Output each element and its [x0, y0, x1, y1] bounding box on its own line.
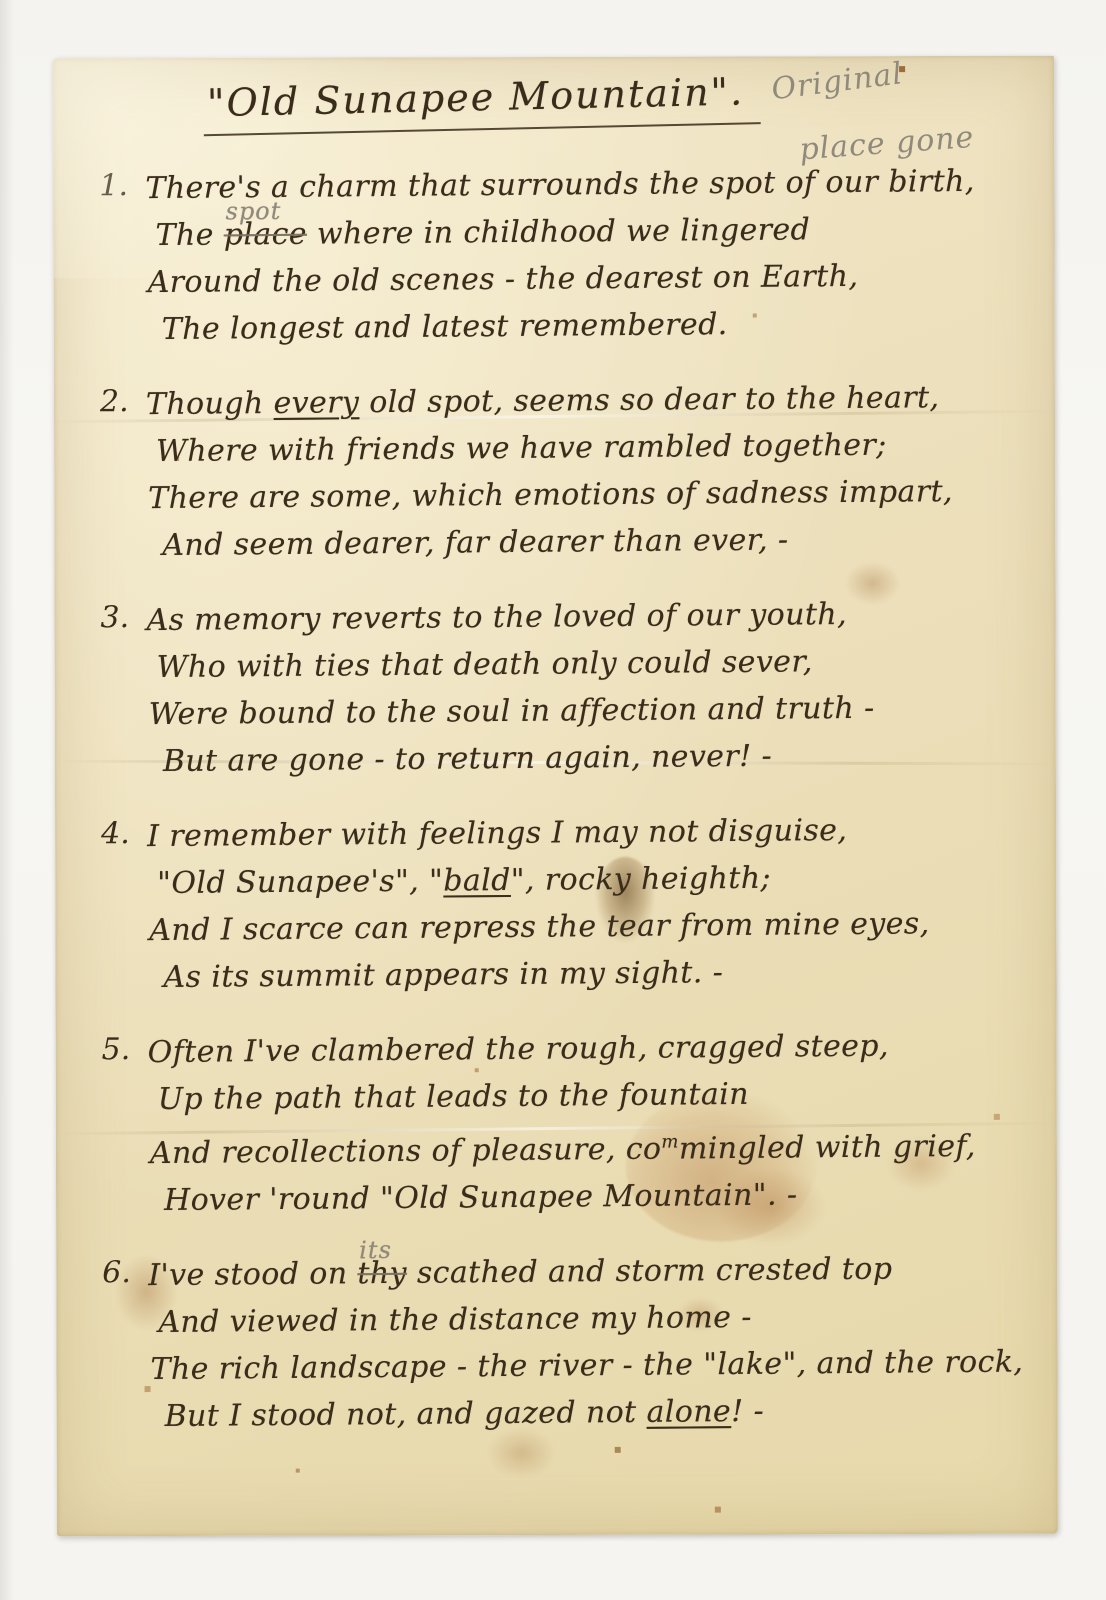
text-segment: scathed and storm crested top	[407, 1252, 893, 1291]
text-segment: where in childhood we lingered	[307, 212, 811, 251]
poem-line: Where with friends we have rambled toget…	[156, 420, 1029, 475]
text-segment: There are some, which emotions of sadnes…	[148, 474, 953, 516]
stanza-lines: There's a charm that surrounds the spot …	[145, 163, 1028, 353]
stanza-number: 2.	[100, 381, 146, 569]
poem-line: But I stood not, and gazed not alone! -	[164, 1385, 1031, 1440]
text-segment: As its summit appears in my sight. -	[163, 955, 723, 995]
stanza-lines: As memory reverts to the loved of our yo…	[146, 595, 1029, 785]
poem-line: Though every old spot, seems so dear to …	[146, 373, 1029, 428]
text-segment: every	[273, 385, 359, 421]
poem-line: There are some, which emotions of sadnes…	[148, 467, 1029, 522]
poem-line: Up the path that leads to the fountain	[158, 1068, 1031, 1123]
text-segment: The	[155, 217, 224, 253]
poem-line: Often I've clambered the rough, cragged …	[147, 1021, 1030, 1076]
stanza-number: 3.	[100, 597, 146, 785]
poem-line: And I scarce can repress the tear from m…	[149, 899, 1030, 954]
poem-line: Hover 'round "Old Sunapee Mountain". -	[164, 1169, 1031, 1224]
poem-line: Were bound to the soul in affection and …	[149, 683, 1030, 738]
poem-line: The longest and latest remembered.	[162, 298, 1029, 353]
stanza: 5.Often I've clambered the rough, cragge…	[102, 1027, 1032, 1224]
text-segment: mingled with grief,	[679, 1129, 976, 1167]
text-segment: Were bound to the soul in affection and …	[149, 691, 875, 732]
stanza-number: 6.	[102, 1252, 148, 1440]
poem-line: And seem dearer, far dearer than ever, -	[162, 514, 1029, 569]
text-segment: And viewed in the distance my home -	[158, 1300, 752, 1340]
stanza: 4.I remember with feelings I may not dis…	[101, 811, 1030, 1001]
text-segment: Who with ties that death only could seve…	[157, 644, 813, 685]
poem-line: I've stood on itsthy scathed and storm c…	[148, 1244, 1031, 1299]
stanza: 6.I've stood on itsthy scathed and storm…	[102, 1250, 1031, 1440]
text-segment: m	[661, 1131, 679, 1152]
text-segment: Around the old scenes - the dearest on E…	[148, 259, 859, 300]
text-segment: Where with friends we have rambled toget…	[156, 428, 887, 469]
stanza: 2.Though every old spot, seems so dear t…	[100, 379, 1029, 569]
poem-line: And recollections of pleasure, commingle…	[150, 1115, 1031, 1177]
stanza-number: 4.	[101, 813, 147, 1001]
stanza-lines: Often I've clambered the rough, cragged …	[148, 1027, 1032, 1224]
stanza-lines: I've stood on itsthy scathed and storm c…	[148, 1250, 1031, 1440]
text-segment: ! -	[731, 1394, 764, 1429]
title-row: "Old Sunapee Mountain".	[53, 56, 1054, 132]
text-segment: Up the path that leads to the fountain	[158, 1077, 749, 1117]
text-segment: bald	[443, 863, 511, 899]
pencil-correction: its	[359, 1227, 392, 1274]
text-segment: And seem dearer, far dearer than ever, -	[162, 523, 788, 563]
stanza: 1.There's a charm that surrounds the spo…	[99, 163, 1028, 353]
annotated-word: itsthy	[357, 1250, 407, 1297]
poem-line: "Old Sunapee's", "bald", rocky heighth;	[157, 852, 1030, 907]
poem-line: As memory reverts to the loved of our yo…	[146, 589, 1029, 644]
text-segment: ", rocky heighth;	[511, 861, 772, 898]
stanza-lines: Though every old spot, seems so dear to …	[146, 379, 1029, 569]
text-segment: The rich landscape - the river - the "la…	[150, 1344, 1023, 1387]
text-segment: Hover 'round "Old Sunapee Mountain". -	[164, 1177, 798, 1218]
text-segment: The longest and latest remembered.	[162, 307, 728, 347]
poem-line: The rich landscape - the river - the "la…	[150, 1338, 1031, 1393]
stanza-lines: I remember with feelings I may not disgu…	[147, 811, 1030, 1001]
text-segment: alone	[646, 1394, 731, 1430]
poem-line: I remember with feelings I may not disgu…	[147, 805, 1030, 860]
stanza-number: 5.	[102, 1029, 149, 1224]
poem-line: But are gone - to return again, never! -	[163, 730, 1030, 785]
text-segment: But I stood not, and gazed not	[164, 1395, 646, 1434]
poem-line: The spotplace where in childhood we ling…	[155, 204, 1028, 259]
text-segment: "Old Sunapee's", "	[157, 864, 443, 901]
text-segment: Though	[146, 386, 274, 422]
annotated-word: spotplace	[224, 211, 308, 259]
stanza-list: 1.There's a charm that surrounds the spo…	[53, 163, 1057, 1441]
poem-line: As its summit appears in my sight. -	[163, 946, 1030, 1001]
text-segment: As memory reverts to the loved of our yo…	[146, 597, 847, 638]
poem-title: "Old Sunapee Mountain".	[203, 69, 761, 136]
text-segment: And recollections of pleasure, co	[150, 1132, 662, 1171]
scanned-document: Original place gone "Old Sunapee Mountai…	[0, 0, 1106, 1600]
text-segment: And I scarce can repress the tear from m…	[149, 906, 930, 948]
stanza: 3.As memory reverts to the loved of our …	[100, 595, 1029, 785]
text-segment: I remember with feelings I may not disgu…	[147, 813, 847, 854]
poem-line: Around the old scenes - the dearest on E…	[147, 251, 1028, 306]
pencil-correction: spot	[225, 188, 281, 235]
text-segment: But are gone - to return again, never! -	[163, 739, 772, 779]
poem-line: Who with ties that death only could seve…	[156, 636, 1029, 691]
text-segment: old spot, seems so dear to the heart,	[359, 380, 939, 420]
text-segment: I've stood on	[148, 1256, 357, 1293]
text-segment: Often I've clambered the rough, cragged …	[148, 1029, 890, 1070]
stanza-number: 1.	[99, 165, 145, 353]
manuscript-paper: Original place gone "Old Sunapee Mountai…	[53, 56, 1058, 1537]
poem-line: And viewed in the distance my home -	[158, 1291, 1031, 1346]
